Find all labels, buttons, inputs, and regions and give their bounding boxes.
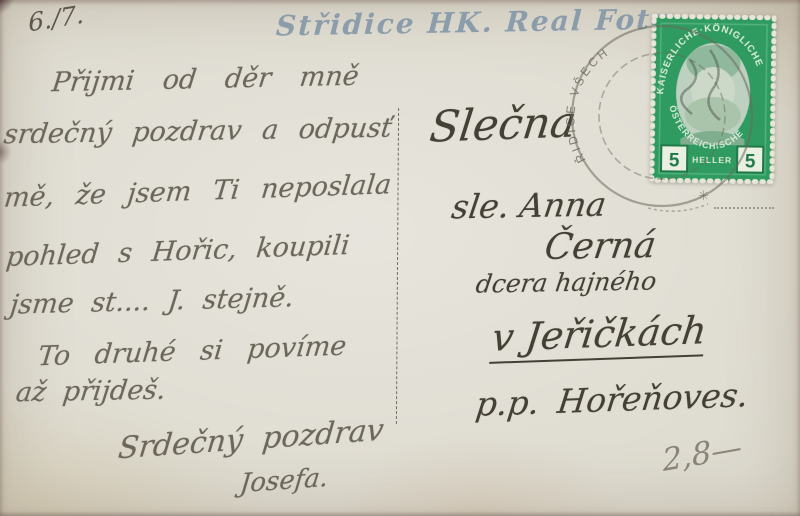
message-line: Přijmi od děr mně (50, 61, 360, 99)
message-line: jsme st.... J. stejně. (8, 282, 295, 321)
signature: Josefa. (239, 463, 330, 499)
message-line: To druhé si povíme (36, 331, 347, 373)
center-divider-line (396, 108, 399, 424)
postcard-back: 6./7. Střidice HK. Real Foto Přijmi od d… (0, 0, 800, 516)
postage-stamp: KAISERLICHE·KÖNIGLICHE ÖSTERREICHISCHE 5… (648, 12, 778, 186)
stamp-graphic: KAISERLICHE·KÖNIGLICHE ÖSTERREICHISCHE 5… (648, 12, 778, 186)
message-line: mě, že jsem Ti neposlala (2, 169, 392, 214)
stamp-value-label: HELLER (692, 155, 732, 166)
address-line: Černá (542, 225, 658, 268)
stamp-value-right: 5 (745, 151, 756, 172)
date-note: 6./7. (28, 0, 85, 37)
postcard-photo: 6./7. Střidice HK. Real Foto Přijmi od d… (0, 0, 800, 516)
price-pencil-note: 2,8— (661, 429, 743, 479)
message-closing: Srdečný pozdrav (116, 413, 385, 467)
address-line: dcera hajného (474, 266, 658, 298)
address-line: sle. Anna (449, 185, 608, 227)
message-line: pohled s Hořic, koupili (4, 230, 351, 273)
dealer-pencil-note: Střidice HK. Real Foto (275, 3, 673, 43)
address-line: Slečna (427, 97, 579, 152)
postmark-star: ✳ (698, 188, 709, 203)
message-line: srdečný pozdrav a odpusť (2, 113, 394, 151)
message-line: až přijdeš. (14, 375, 168, 409)
postmark-bottom-arc (648, 204, 708, 211)
stamp-value-left: 5 (669, 150, 680, 171)
faint-dotted-line (714, 207, 774, 209)
address-line: p.p. Hořeňoves. (474, 375, 751, 424)
address-line-underlined: v Jeřičkách (489, 308, 709, 364)
